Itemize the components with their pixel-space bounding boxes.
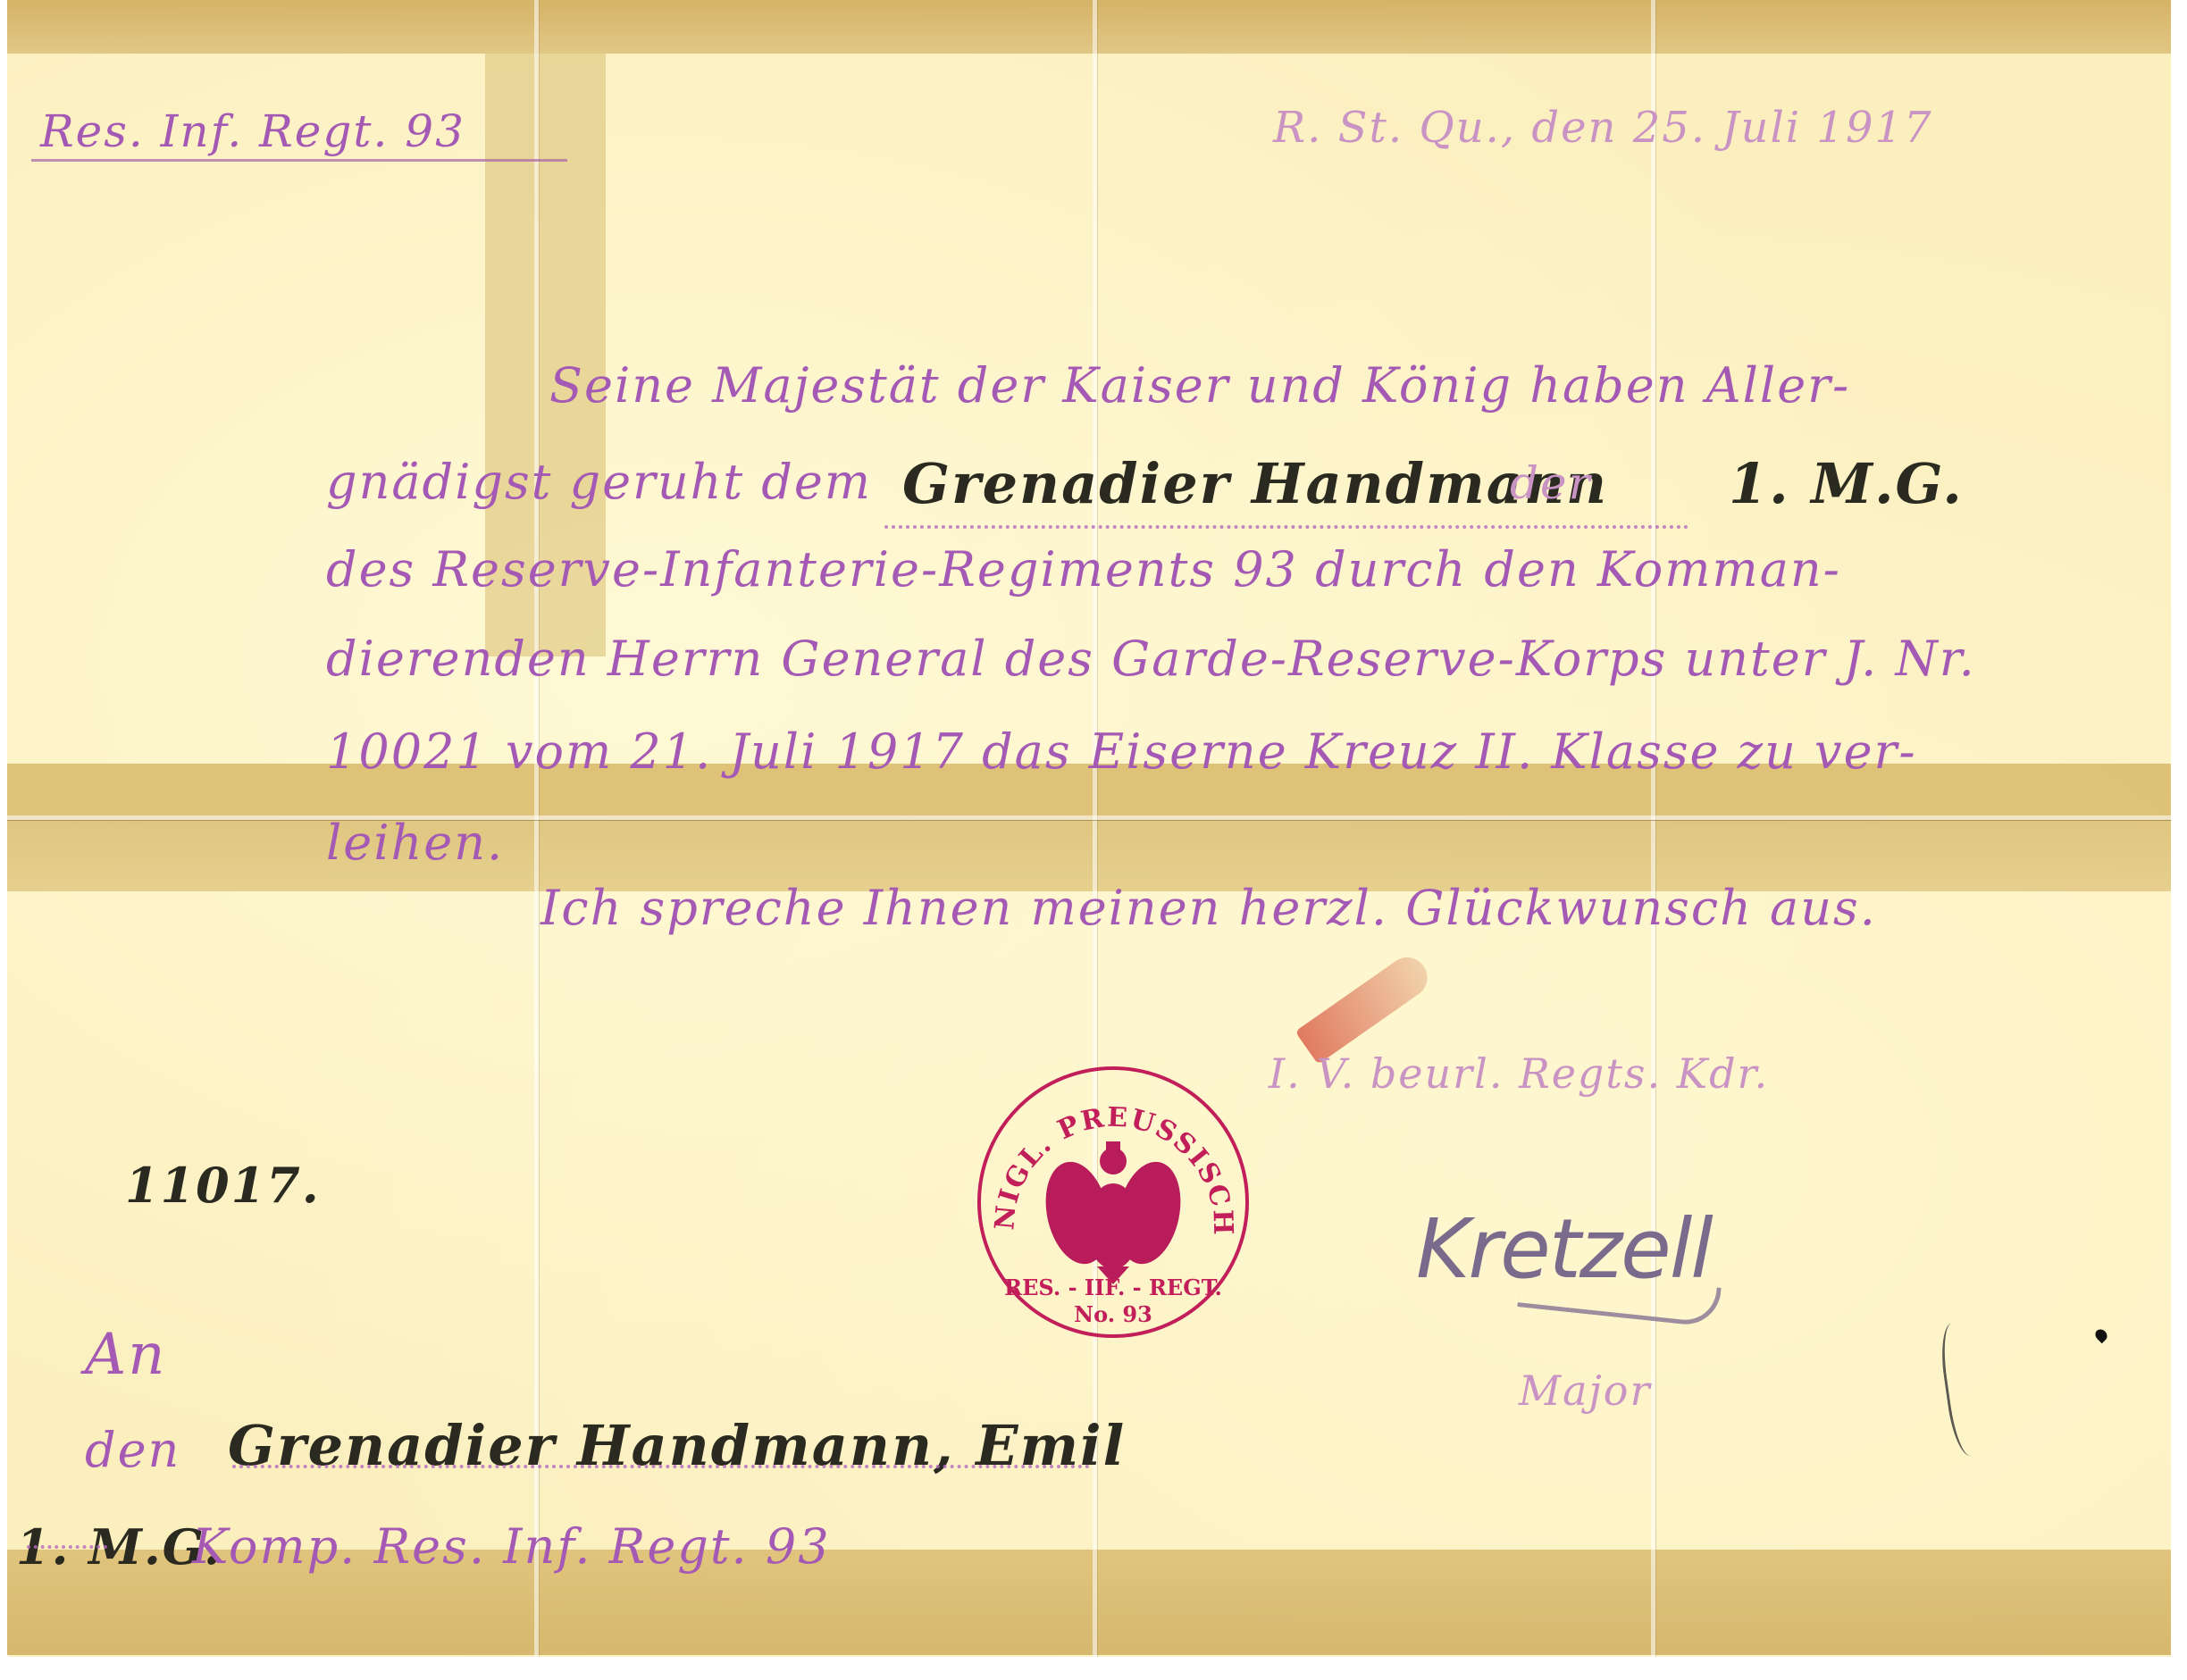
prussian-eagle-icon bbox=[1037, 1141, 1190, 1284]
header-place-date: R. St. Qu., den 25. Juli 1917 bbox=[1273, 103, 1933, 153]
header-underline bbox=[31, 159, 567, 162]
address-line-1-prefix: den bbox=[85, 1422, 180, 1478]
fill-in-dotted-line bbox=[884, 525, 1688, 529]
inserted-recipient-name: Grenadier Handmann bbox=[902, 451, 1608, 516]
body-line-2-suffix: der bbox=[1510, 457, 1592, 509]
body-line-5: 10021 vom 21. Juli 1917 das Eiserne Kreu… bbox=[326, 723, 1917, 780]
body-line-3: des Reserve-Infanterie-Regiments 93 durc… bbox=[326, 541, 1841, 598]
body-line-congratulation: Ich spreche Ihnen meinen herzl. Glückwun… bbox=[540, 880, 1877, 936]
body-line-4: dierenden Herrn General des Garde-Reserv… bbox=[326, 631, 1976, 687]
signature-rank: Major bbox=[1519, 1367, 1651, 1415]
stamp-bottom-line-1: RES. - IIF. - REGT. bbox=[1004, 1275, 1222, 1300]
header-regiment: Res. Inf. Regt. 93 bbox=[40, 105, 465, 157]
address-dotted-line-2 bbox=[27, 1545, 107, 1549]
body-line-6: leihen. bbox=[326, 815, 504, 871]
inserted-unit: 1. M.G. bbox=[1729, 451, 1964, 516]
fold-line-vertical bbox=[1093, 0, 1097, 1657]
fold-line-vertical bbox=[1651, 0, 1655, 1657]
address-salutation: An bbox=[85, 1322, 166, 1388]
address-recipient-name: Grenadier Handmann, Emil bbox=[228, 1413, 1126, 1478]
body-line-2: gnädigst geruht dem bbox=[326, 454, 872, 510]
address-unit: Komp. Res. Inf. Regt. 93 bbox=[192, 1518, 831, 1575]
address-dotted-line bbox=[232, 1465, 1090, 1468]
body-line-1: Seine Majestät der Kaiser und König habe… bbox=[549, 357, 1850, 414]
paper-edge bbox=[2171, 0, 2187, 1680]
closing-authority: I. V. beurl. Regts. Kdr. bbox=[1269, 1049, 1769, 1098]
stamp-bottom-line-2: No. 93 bbox=[1074, 1301, 1152, 1327]
red-ink-smudge bbox=[1295, 949, 1436, 1065]
fold-line-vertical bbox=[534, 0, 539, 1657]
regimental-stamp: KÖNIGL. PREUSSISCHES RES. - IIF. - REGT.… bbox=[972, 1061, 1254, 1343]
document-number: 11017. bbox=[125, 1157, 321, 1214]
